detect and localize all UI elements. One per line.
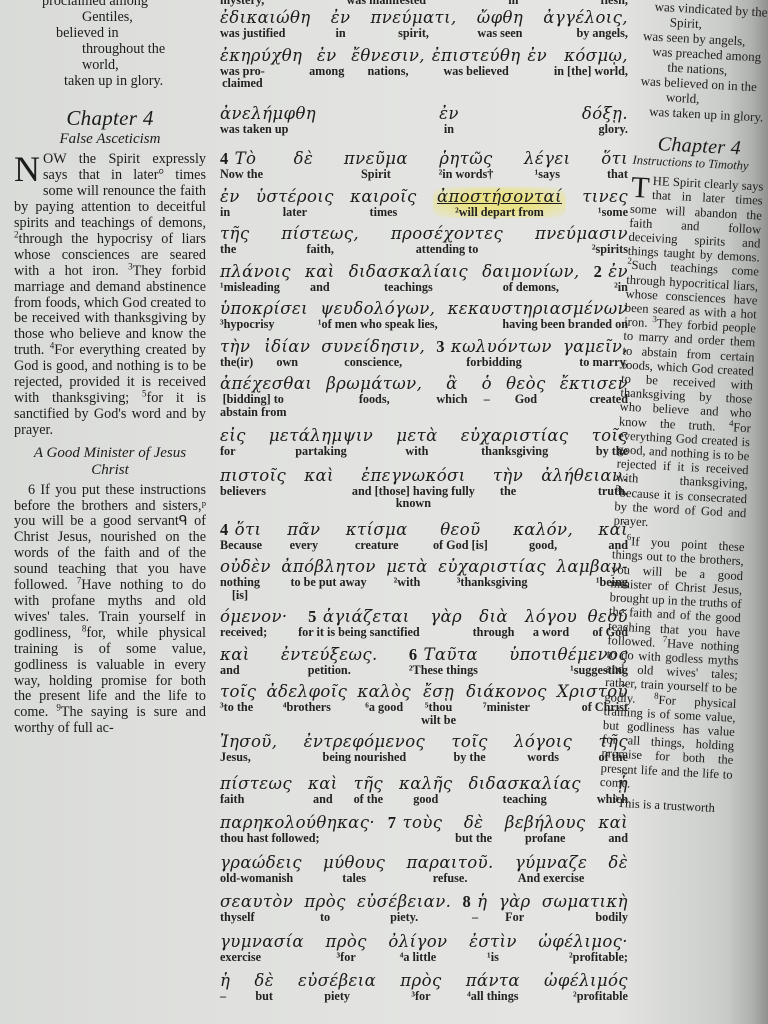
- english-gloss: among: [309, 65, 344, 78]
- greek-word: ἐκηρύχθη: [220, 46, 302, 65]
- interlinear-word: εὐσέβειαν.piety.: [357, 892, 451, 924]
- greek-word: ἀπέχεσθαι: [220, 374, 312, 393]
- interlinear-rows: ἐδικαιώθηwas justifiedἐνinπνεύματι,spiri…: [220, 8, 628, 1003]
- greek-word: μετὰ: [386, 557, 427, 576]
- verse-number: 3: [436, 337, 445, 356]
- interlinear-word: 5ἁγιάζεταιfor it is being sanctified: [298, 607, 420, 639]
- english-gloss: and [those] having fully known: [352, 485, 475, 510]
- interlinear-word: καὶand: [305, 262, 335, 294]
- english-gloss: which: [436, 393, 467, 406]
- interlinear-row: 4ὅτιBecauseπᾶνeveryκτίσμαcreatureθεοῦof …: [220, 520, 628, 552]
- english-gloss: creature: [355, 539, 399, 552]
- interlinear-word: 4ὅτιBecause: [220, 520, 262, 552]
- interlinear-word: γραώδειςold-womanish: [220, 853, 302, 885]
- greek-word: πίστεως,: [281, 224, 359, 243]
- english-gloss: And exercise: [518, 872, 584, 885]
- interlinear-word: κόσμῳ,in [the] world,: [554, 46, 628, 78]
- greek-word: ἐν: [331, 8, 351, 27]
- interlinear-word: ὤφθηwas seen: [477, 8, 523, 40]
- interlinear-word: ἀνελήμφθηwas taken up: [220, 104, 316, 136]
- interlinear-word: 7τοὺς: [388, 813, 443, 832]
- interlinear-word: ὠφέλιμός²profitable: [544, 971, 628, 1003]
- interlinear-partial-row: mystery, was manifested in flesh,: [220, 0, 628, 2]
- greek-word: 6Ταῦτα: [409, 645, 478, 664]
- greek-word: γαμεῖν,: [563, 337, 628, 356]
- english-gloss: in [the] world,: [554, 65, 628, 78]
- greek-word: Ἰησοῦ,: [220, 732, 277, 751]
- english-gloss: by angels,: [576, 27, 627, 40]
- interlinear-word: λόγουa word: [525, 607, 577, 639]
- interlinear-row: ἀνελήμφθηwas taken upἐνinδόξῃ.glory.: [220, 104, 628, 136]
- poem-line: believed in: [14, 26, 206, 42]
- paragraph: 9This is a trustworth: [599, 795, 732, 816]
- interlinear-word: 4ΤὸNow the: [220, 149, 263, 181]
- english-gloss: words: [527, 751, 559, 764]
- greek-word: τὴν: [493, 466, 523, 485]
- interlinear-word: σωματικὴbodily: [542, 892, 628, 924]
- verse-number: 4: [220, 149, 229, 168]
- greek-word: δὲ: [608, 853, 628, 872]
- english-gloss: ²spirits: [592, 243, 628, 256]
- verse-number: 6: [409, 645, 418, 664]
- english-gloss: tales: [342, 872, 366, 885]
- greek-word: ἐντεύξεως.: [281, 645, 378, 664]
- english-gloss: in: [444, 123, 454, 136]
- interlinear-word: 6Ταῦτα²These things: [409, 645, 478, 677]
- greek-word: 4ὅτι: [220, 520, 261, 539]
- paragraph: 6If you point these things out to the br…: [600, 534, 745, 796]
- english-gloss: ⁴a little: [400, 951, 436, 964]
- interlinear-word: γυμνασίαexercise: [220, 932, 304, 964]
- greek-interlinear-column: mystery, was manifested in flesh, ἐδικαι…: [220, 0, 628, 1003]
- greek-word: πνεύμασιν: [535, 224, 628, 243]
- greek-word: γὰρ: [430, 607, 462, 626]
- english-gloss: ⁴brothers: [283, 701, 331, 714]
- english-gloss: a word: [533, 626, 569, 639]
- english-gloss: the(ir): [220, 356, 253, 369]
- interlinear-word: ἃwhich: [436, 374, 467, 406]
- interlinear-word: πρὸς³for: [400, 971, 441, 1003]
- interlinear-row: ἀπέχεσθαι[bidding] to abstain fromβρωμάτ…: [220, 374, 628, 418]
- greek-word: καλόν,: [513, 520, 573, 539]
- greek-word: καιροῖς: [350, 187, 417, 206]
- english-gloss: but: [255, 990, 273, 1003]
- greek-word: θεοῦ: [440, 520, 480, 539]
- interlinear-word: ἐνin: [220, 187, 240, 219]
- interlinear-row: οὐδὲνnothing [is]ἀπόβλητονto be put away…: [220, 557, 628, 601]
- interlinear-word: τινες¹some: [582, 187, 628, 219]
- interlinear-row: τῆςtheπίστεως,faith,προσέχοντεςattending…: [220, 224, 628, 256]
- interlinear-word: καὶ: [304, 466, 334, 485]
- greek-word: καλὸς: [357, 682, 411, 701]
- english-gloss: ³for: [337, 951, 356, 964]
- greek-word: σωματικὴ: [542, 892, 628, 911]
- greek-word: γυμνασία: [220, 932, 304, 951]
- interlinear-word: τοῖς³to the: [220, 682, 256, 714]
- interlinear-row: παρηκολούθηκας·thou hast followed;7τοὺςδ…: [220, 813, 628, 845]
- greek-word: πλάνοις: [220, 262, 291, 281]
- poem-line: taken up in glory.: [14, 74, 206, 90]
- greek-word: δὲ: [464, 813, 484, 832]
- interlinear-word: ἡ–: [220, 971, 230, 1003]
- interlinear-word: διάκονος⁷minister: [466, 682, 547, 714]
- english-gloss: times: [370, 206, 398, 219]
- english-gloss: conscience,: [344, 356, 402, 369]
- interlinear-row: ἐκηρύχθηwas pro- claimedἐνamongἔθνεσιν,n…: [220, 46, 628, 90]
- greek-word: ἐδικαιώθη: [220, 8, 311, 27]
- english-gloss: glory.: [599, 123, 628, 136]
- interlinear-word: ὀλίγον⁴a little: [388, 932, 447, 964]
- english-gloss: ¹misleading: [220, 281, 280, 294]
- english-gloss: of the: [354, 793, 383, 806]
- english-gloss: nations,: [368, 65, 409, 78]
- greek-word: μετάλημψιν: [269, 426, 373, 445]
- greek-word: τῆς: [354, 774, 383, 793]
- interlinear-word: κεκαυστηριασμένωνhaving been branded on: [448, 299, 628, 331]
- interlinear-word: πνεῦμαSpirit: [344, 149, 408, 181]
- interlinear-word: πάντα⁴all things: [466, 971, 520, 1003]
- interlinear-word: ἀπόβλητονto be put away: [281, 557, 376, 589]
- interlinear-row: σεαυτὸνthyselfπρὸςtoεὐσέβειαν.piety.8ἡ–γ…: [220, 892, 628, 924]
- greek-word: εὐσέβειαν.: [357, 892, 451, 911]
- interlinear-word: διδασκαλίαςteaching: [468, 774, 580, 806]
- interlinear-row: εἰςforμετάλημψινpartakingμετὰwithεὐχαρισ…: [220, 426, 628, 458]
- interlinear-word: ἐν: [527, 46, 547, 65]
- interlinear-word: ἀπέχεσθαι[bidding] to abstain from: [220, 374, 312, 418]
- english-gloss: was justified: [220, 27, 285, 40]
- greek-word: διδασκαλίαις: [349, 262, 468, 281]
- english-gloss: being nourished: [323, 751, 407, 764]
- greek-word: μύθους: [323, 853, 385, 872]
- verse-number: 8: [463, 892, 472, 911]
- greek-word: θεὸς: [506, 374, 546, 393]
- interlinear-word: γὰρFor: [499, 892, 531, 924]
- english-gloss: through: [473, 626, 515, 639]
- greek-word: 3κωλυόντων: [436, 337, 552, 356]
- english-gloss: ²with: [394, 576, 421, 589]
- poem-ending: proclaimed among Gentiles, believed in t…: [14, 0, 206, 89]
- greek-word: ἃ: [446, 374, 458, 393]
- interlinear-word: καὶand: [308, 774, 338, 806]
- interlinear-word: ἰδίανown: [264, 337, 310, 369]
- english-gloss: and: [310, 281, 330, 294]
- english-gloss: having been branded on: [502, 318, 628, 331]
- greek-word: πρὸς: [304, 892, 345, 911]
- english-gloss: old-womanish: [220, 872, 293, 885]
- english-gloss: ²profitable: [573, 990, 628, 1003]
- english-gloss: God: [515, 393, 537, 406]
- english-gloss: to: [320, 911, 330, 924]
- english-gloss: the: [500, 485, 516, 498]
- interlinear-row: όμενον·received;5ἁγιάζεταιfor it is bein…: [220, 607, 628, 639]
- english-gloss: to be put away: [290, 576, 366, 589]
- greek-word: ἐν: [527, 46, 547, 65]
- interlinear-row: ὑποκρίσει³hypocrisyψευδολόγων,¹of men wh…: [220, 299, 628, 331]
- greek-word: τῆς: [220, 224, 249, 243]
- interlinear-word: καλὸς⁶a good: [357, 682, 411, 714]
- english-gloss: ¹is: [487, 951, 499, 964]
- greek-word: γὰρ: [499, 892, 531, 911]
- interlinear-word: ἔσῃ⁵thou wilt be: [421, 682, 456, 726]
- english-gloss: every: [290, 539, 318, 552]
- greek-word: ἐν: [220, 187, 240, 206]
- interlinear-word: εὐσέβειαpiety: [298, 971, 376, 1003]
- english-gloss: faith,: [306, 243, 333, 256]
- interlinear-word: ἐντρεφόμενοςbeing nourished: [304, 732, 426, 764]
- interlinear-word: βεβήλουςprofane: [505, 813, 586, 845]
- interlinear-word: λόγοιςwords: [514, 732, 572, 764]
- interlinear-word: ὅτιthat: [601, 149, 628, 181]
- greek-word: γύμναζε: [515, 853, 587, 872]
- greek-word: λέγει: [524, 149, 571, 168]
- greek-word: διδασκαλίας: [468, 774, 580, 793]
- greek-word: ἡ: [220, 971, 230, 990]
- poem-ending: was vindicated by the Spirit, was seen b…: [635, 0, 768, 125]
- interlinear-word: πλάνοις¹misleading: [220, 262, 291, 294]
- interlinear-word: ὑστέροιςlater: [256, 187, 334, 219]
- english-gloss: nothing [is]: [220, 576, 260, 601]
- english-gloss: attending to: [416, 243, 479, 256]
- english-gloss: profane: [525, 832, 565, 845]
- english-gloss: to marry,: [579, 356, 628, 369]
- english-gloss: –: [484, 393, 490, 406]
- english-gloss: ²will depart from: [455, 206, 544, 219]
- greek-word: προσέχοντες: [391, 224, 503, 243]
- greek-word: μετὰ: [396, 426, 437, 445]
- greek-word: ἰδίαν: [264, 337, 310, 356]
- interlinear-word: βρωμάτων,foods,: [326, 374, 422, 406]
- interlinear-word: 8ἡ–: [463, 892, 488, 924]
- interlinear-word: ἐκηρύχθηwas pro- claimed: [220, 46, 302, 90]
- interlinear-row: πιστοῖςbelieversκαὶἐπεγνωκόσιand [those]…: [220, 466, 628, 510]
- paragraph: THE Spirit clearly says that in later ti…: [613, 173, 763, 534]
- interlinear-word: πίστεωςfaith: [220, 774, 292, 806]
- interlinear-word: ῥητῶς²in words†: [439, 149, 494, 181]
- english-gloss: [bidding] to abstain from: [220, 393, 286, 418]
- english-gloss: ⁴all things: [467, 990, 518, 1003]
- interlinear-word: ψευδολόγων,¹of men who speak lies,: [318, 299, 438, 331]
- interlinear-word: καλῆςgood: [399, 774, 453, 806]
- interlinear-word: ἔθνεσιν,nations,: [351, 46, 425, 78]
- english-gloss: of demons,: [503, 281, 559, 294]
- english-gloss: own: [276, 356, 298, 369]
- poem-line: world,: [14, 58, 206, 74]
- interlinear-word: όμενον·received;: [220, 607, 288, 639]
- verse-number: 5: [308, 607, 317, 626]
- section-heading: False Asceticism: [14, 131, 206, 148]
- interlinear-row: πίστεωςfaithκαὶandτῆςof theκαλῆςgoodδιδα…: [220, 774, 628, 806]
- interlinear-word: πρὸς³for: [325, 932, 366, 964]
- greek-word: 4Τὸ: [220, 149, 256, 168]
- interlinear-word: παραιτοῦ.refuse.: [406, 853, 493, 885]
- interlinear-word: 3κωλυόντωνforbidding: [436, 337, 552, 369]
- highlighted-word: ἀποστήσονταί²will depart from: [433, 187, 566, 219]
- greek-word: ὑστέροις: [256, 187, 334, 206]
- greek-word: ἀδελφοῖς: [266, 682, 347, 701]
- greek-word: καὶ: [220, 645, 250, 664]
- interlinear-row: ἡ–δὲbutεὐσέβειαpietyπρὸς³forπάντα⁴all th…: [220, 971, 628, 1003]
- greek-word: βεβήλους: [505, 813, 586, 832]
- interlinear-word: ἐντεύξεως.petition.: [281, 645, 378, 677]
- greek-word: βρωμάτων,: [326, 374, 422, 393]
- english-gloss: was believed: [443, 65, 508, 78]
- interlinear-word: ἀδελφοῖς⁴brothers: [266, 682, 347, 714]
- interlinear-row: τοῖς³to theἀδελφοῖς⁴brothersκαλὸς⁶a good…: [220, 682, 628, 726]
- greek-word: πνεῦμα: [344, 149, 408, 168]
- greek-word: πίστεως: [220, 774, 292, 793]
- greek-word: ἀπόβλητον: [281, 557, 376, 576]
- interlinear-word: καὶand: [220, 645, 250, 677]
- section-heading: A Good Minister of Jesus Christ: [14, 445, 206, 479]
- english-gloss: Because: [220, 539, 262, 552]
- greek-word: τινες: [582, 187, 628, 206]
- greek-word: δὲ: [254, 971, 274, 990]
- english-gloss: and: [220, 664, 240, 677]
- interlinear-word: καλόν,good,: [513, 520, 573, 552]
- greek-word: εἰς: [220, 426, 246, 445]
- paragraph: 6 If you put these instructions before t…: [14, 483, 206, 738]
- english-gloss: received;: [220, 626, 267, 639]
- greek-word: πρὸς: [325, 932, 366, 951]
- interlinear-word: εἰςfor: [220, 426, 246, 458]
- greek-word: πάντα: [466, 971, 520, 990]
- interlinear-word: μετὰ²with: [386, 557, 427, 589]
- english-gloss: of God [is]: [433, 539, 488, 552]
- greek-word: εὐχαριστίας: [438, 557, 546, 576]
- english-gloss: exercise: [220, 951, 261, 964]
- interlinear-row: ἐδικαιώθηwas justifiedἐνinπνεύματι,spiri…: [220, 8, 628, 40]
- interlinear-row: Ἰησοῦ,Jesus,ἐντρεφόμενοςbeing nourishedτ…: [220, 732, 628, 764]
- greek-word: λόγοις: [514, 732, 572, 751]
- english-gloss: ⁷minister: [483, 701, 530, 714]
- interlinear-word: εὐχαριστίας³thanksgiving: [438, 557, 546, 589]
- english-gloss: thou hast followed;: [220, 832, 320, 845]
- english-gloss: teachings: [384, 281, 433, 294]
- greek-word: καὶ: [305, 262, 335, 281]
- interlinear-word: τὴνthe(ir): [220, 337, 253, 369]
- english-gloss: –: [472, 911, 478, 924]
- greek-word: ἐπιστεύθη: [432, 46, 521, 65]
- english-gloss: was seen: [477, 27, 522, 40]
- interlinear-word: γύμναζεAnd exercise: [515, 853, 587, 885]
- greek-word: ἀνελήμφθη: [220, 104, 316, 123]
- english-gloss: spirit,: [398, 27, 429, 40]
- english-gloss: good: [413, 793, 438, 806]
- interlinear-row: γυμνασίαexerciseπρὸς³forὀλίγον⁴a littleἐ…: [220, 932, 628, 964]
- greek-word: πᾶν: [287, 520, 320, 539]
- interlinear-word: συνείδησιν,conscience,: [321, 337, 425, 369]
- english-gloss: teaching: [503, 793, 547, 806]
- english-gloss: thyself: [220, 911, 255, 924]
- greek-word: συνείδησιν,: [321, 337, 425, 356]
- greek-word: 2ἐν: [594, 262, 628, 281]
- interlinear-word: θεοῦof God [is]: [433, 520, 488, 552]
- greek-word: πιστοῖς: [220, 466, 286, 485]
- chapter-title: Chapter 4: [14, 111, 206, 127]
- interlinear-word: δαιμονίων,of demons,: [482, 262, 579, 294]
- interlinear-word: πᾶνevery: [287, 520, 320, 552]
- verse-number: 4: [220, 520, 229, 539]
- interlinear-word: ἐνin: [331, 8, 351, 40]
- english-gloss: later: [283, 206, 307, 219]
- interlinear-word: ἐπεγνωκόσιand [those] having fully known: [352, 466, 475, 510]
- greek-word: 5ἁγιάζεται: [308, 607, 409, 626]
- greek-word: σεαυτὸν: [220, 892, 293, 911]
- greek-word: δαιμονίων,: [482, 262, 579, 281]
- greek-word: ἐπεγνωκόσι: [361, 466, 465, 485]
- english-gloss: –: [220, 990, 226, 1003]
- interlinear-word: καὶand: [598, 813, 628, 845]
- english-gloss: For: [505, 911, 524, 924]
- greek-word: καλῆς: [399, 774, 453, 793]
- interlinear-word: παρηκολούθηκας·thou hast followed;: [220, 813, 375, 845]
- greek-word: κόσμῳ,: [564, 46, 628, 65]
- greek-word: δόξῃ.: [582, 104, 628, 123]
- english-gloss: and: [608, 832, 628, 845]
- greek-word: ὠφέλιμός: [544, 971, 628, 990]
- interlinear-word: τῆςthe: [220, 224, 249, 256]
- english-gloss: ⁶a good: [365, 701, 403, 714]
- interlinear-word: ἐδικαιώθηwas justified: [220, 8, 311, 40]
- greek-word: τοῖς: [451, 732, 487, 751]
- english-gloss: Now the: [220, 168, 263, 181]
- english-gloss: ³thanksgiving: [457, 576, 528, 589]
- greek-word: 8ἡ: [463, 892, 488, 911]
- interlinear-word: ἐνamong: [309, 46, 344, 78]
- english-gloss: that: [607, 168, 628, 181]
- interlinear-word: γὰρ: [430, 607, 462, 626]
- english-gloss: ²profitable;: [569, 951, 628, 964]
- interlinear-word: ὑποκρίσει³hypocrisy: [220, 299, 308, 331]
- english-gloss: ³to the: [220, 701, 253, 714]
- interlinear-row: γραώδειςold-womanishμύθουςtalesπαραιτοῦ.…: [220, 853, 628, 885]
- greek-word: ῥητῶς: [439, 149, 492, 168]
- interlinear-word: πιστοῖςbelievers: [220, 466, 286, 498]
- english-gloss: petition.: [308, 664, 351, 677]
- english-gloss: ¹some: [598, 206, 628, 219]
- poem-line: Gentiles,: [14, 10, 206, 26]
- greek-word: καὶ: [304, 466, 334, 485]
- interlinear-word: τὴνthe: [493, 466, 523, 498]
- english-gloss: faith: [220, 793, 244, 806]
- greek-word: ὑποκρίσει: [220, 299, 308, 318]
- english-gloss: forbidding: [466, 356, 522, 369]
- greek-word: ὅτι: [601, 149, 628, 168]
- greek-word: παρηκολούθηκας·: [220, 813, 375, 832]
- greek-word: δὲ: [294, 149, 314, 168]
- greek-word: λόγου: [525, 607, 577, 626]
- greek-word: ἀγγέλοις,: [543, 8, 628, 27]
- greek-word: κτίσμα: [346, 520, 408, 539]
- interlinear-word: ἀγγέλοις,by angels,: [543, 8, 628, 40]
- greek-word: ἔκτισεν: [560, 374, 628, 393]
- english-gloss: ²These things: [409, 664, 478, 677]
- interlinear-word: δὲ: [294, 149, 314, 168]
- interlinear-word: ὠφέλιμος·²profitable;: [538, 932, 628, 964]
- greek-word: ὤφθη: [477, 8, 523, 27]
- english-gloss: for it is being sanctified: [298, 626, 420, 639]
- greek-word: ψευδολόγων,: [320, 299, 435, 318]
- english-gloss: ⁵thou wilt be: [421, 701, 456, 726]
- greek-word: πρὸς: [400, 971, 441, 990]
- english-gloss: was pro- claimed: [220, 65, 265, 90]
- greek-word: ἐντρεφόμενος: [304, 732, 426, 751]
- interlinear-word: λέγει¹says: [524, 149, 571, 181]
- interlinear-word: ἔκτισενcreated: [560, 374, 628, 406]
- interlinear-word: μετάλημψινpartaking: [269, 426, 373, 458]
- verse-number: 7: [388, 813, 397, 832]
- greek-word: ὁ: [482, 374, 492, 393]
